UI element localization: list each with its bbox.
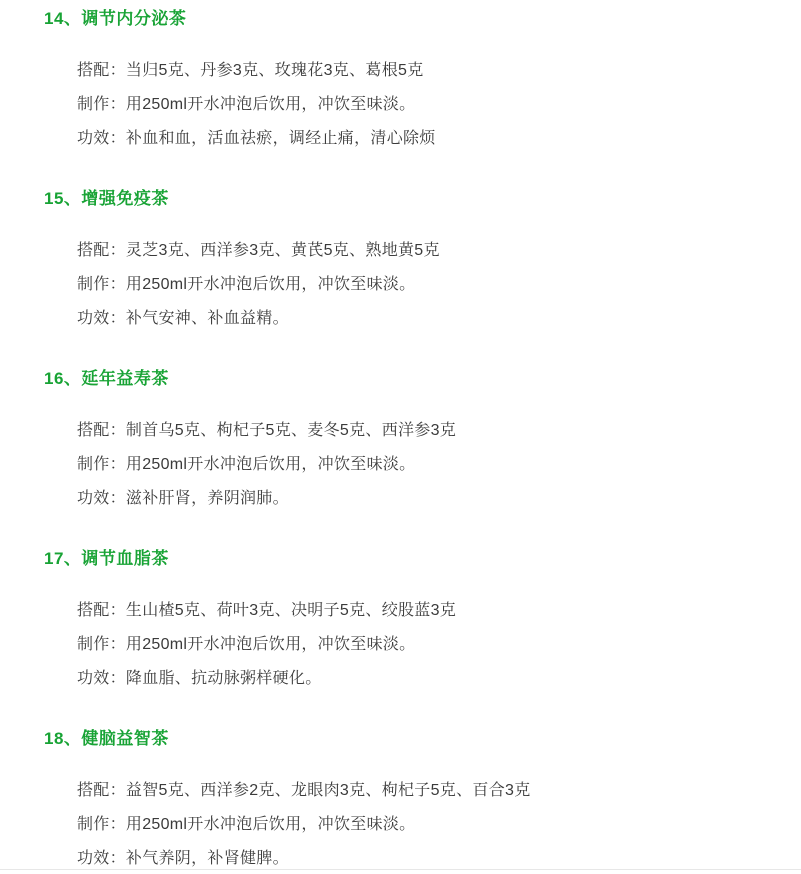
recipe-ingredients: 搭配：当归5克、丹参3克、玫瑰花3克、葛根5克 [77,54,801,88]
recipe-title: 16、延年益寿茶 [44,369,801,389]
recipe-preparation: 制作：用250ml开水冲泡后饮用，冲饮至味淡。 [77,448,801,482]
recipe-preparation: 制作：用250ml开水冲泡后饮用，冲饮至味淡。 [77,628,801,662]
recipe-title: 15、增强免疫茶 [44,189,801,209]
recipe-ingredients: 搭配：生山楂5克、荷叶3克、决明子5克、绞股蓝3克 [77,594,801,628]
recipe-section-15: 15、增强免疫茶 搭配：灵芝3克、西洋参3克、黄芪5克、熟地黄5克 制作：用25… [0,189,801,336]
recipe-effects: 功效：补气安神、补血益精。 [77,302,801,336]
recipe-preparation: 制作：用250ml开水冲泡后饮用，冲饮至味淡。 [77,808,801,842]
page-bottom-divider [0,869,801,870]
recipe-section-17: 17、调节血脂茶 搭配：生山楂5克、荷叶3克、决明子5克、绞股蓝3克 制作：用2… [0,549,801,696]
recipe-effects: 功效：滋补肝肾，养阴润肺。 [77,482,801,516]
recipe-ingredients: 搭配：益智5克、西洋参2克、龙眼肉3克、枸杞子5克、百合3克 [77,774,801,808]
recipe-section-14: 14、调节内分泌茶 搭配：当归5克、丹参3克、玫瑰花3克、葛根5克 制作：用25… [0,9,801,156]
recipe-title: 14、调节内分泌茶 [44,9,801,29]
recipe-effects: 功效：降血脂、抗动脉粥样硬化。 [77,662,801,696]
recipe-section-18: 18、健脑益智茶 搭配：益智5克、西洋参2克、龙眼肉3克、枸杞子5克、百合3克 … [0,729,801,874]
recipe-ingredients: 搭配：灵芝3克、西洋参3克、黄芪5克、熟地黄5克 [77,234,801,268]
recipe-title: 18、健脑益智茶 [44,729,801,749]
recipe-preparation: 制作：用250ml开水冲泡后饮用，冲饮至味淡。 [77,88,801,122]
recipe-title: 17、调节血脂茶 [44,549,801,569]
recipe-section-16: 16、延年益寿茶 搭配：制首乌5克、枸杞子5克、麦冬5克、西洋参3克 制作：用2… [0,369,801,516]
recipe-effects: 功效：补血和血，活血祛瘀，调经止痛，清心除烦 [77,122,801,156]
recipe-preparation: 制作：用250ml开水冲泡后饮用，冲饮至味淡。 [77,268,801,302]
tea-recipe-document: 14、调节内分泌茶 搭配：当归5克、丹参3克、玫瑰花3克、葛根5克 制作：用25… [0,0,801,874]
recipe-ingredients: 搭配：制首乌5克、枸杞子5克、麦冬5克、西洋参3克 [77,414,801,448]
